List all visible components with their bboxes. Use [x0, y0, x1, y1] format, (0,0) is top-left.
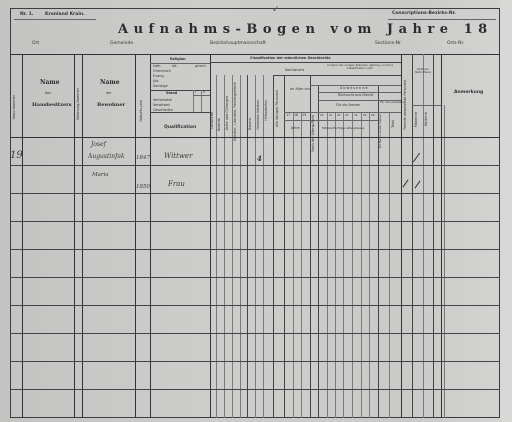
house-number-entry: 19	[10, 150, 23, 161]
col-line	[293, 112, 294, 418]
col-house-number: Haus-Nummer	[13, 95, 16, 120]
reserve-line	[273, 75, 401, 76]
col-line	[423, 54, 424, 418]
field-place-label: Ort	[32, 42, 39, 47]
row-line	[10, 137, 500, 138]
class-col: Alle übrigen Personen	[276, 90, 279, 127]
class-col: Geistliche	[211, 112, 214, 129]
religion-row-a: lat.	[172, 65, 177, 68]
row-line	[10, 333, 500, 334]
service-place-label: Rücksicht aus Dienst	[338, 94, 373, 97]
col-line	[150, 54, 151, 418]
religion-row: Jüd.	[153, 80, 159, 83]
col-line	[343, 112, 344, 418]
col-line	[441, 54, 442, 418]
field-district-label: Bezirkshauptmannschaft	[210, 42, 266, 47]
col-line	[433, 54, 434, 418]
col-line	[412, 54, 413, 418]
col-animals: Zahl der Nutz-thiere	[414, 68, 432, 74]
animals-male: Männlich	[415, 112, 418, 127]
col-line	[135, 54, 136, 418]
for-army-label: Für die Armee	[336, 104, 360, 107]
birth-year-entry: 1847	[136, 155, 150, 161]
total-label: Total	[392, 120, 395, 128]
religion-row: kath.	[153, 65, 162, 68]
col-owner-name-3: Hausbesitzers	[32, 103, 72, 108]
resident-entry: Maria	[92, 172, 109, 178]
col-apartment-number: Wohnung-Nummer	[77, 88, 80, 120]
age-cols: 24	[354, 114, 358, 117]
col-line	[401, 54, 402, 418]
age-group: 17	[286, 114, 290, 117]
other-classes-label: In keine der vorigen Rubriken gehörig, u…	[322, 64, 398, 70]
for-navy-label: Für die Landwehr	[380, 101, 404, 104]
col-male-classification: Classification der männlichen Geschlecht…	[250, 57, 331, 60]
class-col: Künstler, Literaten, Rechtsgelehrte	[234, 82, 237, 141]
row-line	[10, 305, 500, 306]
header-underline-right	[388, 19, 496, 20]
col-resident-name-2: der	[106, 92, 112, 95]
class-col: Hilfsarbeiter	[265, 100, 268, 121]
row-line	[10, 249, 500, 250]
age-qualifying: Nach der Alterspflicht	[312, 115, 315, 152]
col-line	[444, 105, 445, 418]
animals-female: Weiblich	[425, 112, 428, 126]
col-remarks: Anmerkung	[454, 91, 483, 96]
age-cols: 20	[320, 114, 324, 117]
col-resident-name-1: Name	[100, 80, 120, 86]
age-label: Im Alter von	[290, 88, 311, 91]
status-row: Verwitwet	[153, 104, 170, 107]
row-line	[10, 221, 500, 222]
col-line	[301, 112, 302, 418]
col-line	[361, 112, 362, 418]
col-line	[369, 112, 370, 418]
absent-label: Abwesende	[340, 87, 369, 90]
form-title: Aufnahms-Bogen vom Jahre 18	[118, 23, 493, 36]
status-row: Geschieden	[153, 109, 173, 112]
col-line	[389, 112, 390, 418]
age-cols: 26	[371, 114, 375, 117]
col-line	[352, 112, 353, 418]
row-line	[10, 389, 500, 390]
row-line	[10, 361, 500, 362]
age-group: 19	[302, 114, 306, 117]
status-col-v: v	[203, 91, 205, 94]
resident-entry: Josef	[91, 141, 106, 148]
col-line	[318, 85, 319, 418]
years-label: Jahre	[291, 127, 300, 130]
age-cols: 21	[329, 114, 333, 117]
class-col: Gewerbe-Inhaber	[257, 100, 260, 129]
header-divider	[10, 54, 500, 55]
col-owner-name-1: Name	[40, 80, 60, 86]
form-number: Nr. 1.	[20, 13, 33, 18]
resident-entry: Augustinfak	[88, 153, 125, 160]
age-group: 18	[294, 114, 298, 117]
field-place-no-label: Orts-Nr.	[447, 42, 464, 47]
row-line	[10, 193, 500, 194]
class-mark-entry: 4	[257, 154, 262, 163]
boat-classes-label: Bei Marine zu den Classen	[380, 114, 383, 148]
col-line	[82, 54, 83, 418]
status-col-l: l	[195, 91, 196, 94]
service-years-label: Militärpflichtige Altersklasse	[322, 127, 364, 130]
conscription-district-label: Conscriptions-Bezirks-Nr.	[392, 12, 456, 17]
status-col-line	[193, 90, 194, 112]
status-sub-line	[193, 95, 210, 96]
col-line	[327, 112, 328, 418]
religion-row-b: griech.	[195, 65, 207, 68]
class-col: Beamte	[218, 118, 221, 131]
col-resident-name-3: Bewohner	[97, 103, 125, 108]
religion-row: Evang.	[153, 75, 165, 78]
age-cols: 23	[345, 114, 349, 117]
age-row-line	[284, 120, 378, 121]
religion-row: Griechisch	[153, 70, 171, 73]
qualification-entry: Frau	[168, 180, 185, 188]
field-section-no-label: Sections-Nr.	[375, 42, 402, 47]
crownland-label: Kronland Krain.	[45, 13, 85, 18]
col-foreign: Fremde anwesende Personen	[404, 80, 407, 130]
religion-row: Sonstige	[153, 85, 168, 88]
col-line	[284, 75, 285, 418]
col-reserve: Nachwuchs	[285, 69, 304, 72]
col-line	[210, 54, 211, 418]
paper-edge	[500, 0, 512, 422]
class-col: Bauern	[249, 118, 252, 130]
col-line	[263, 75, 264, 418]
field-municipality-label: Gemeinde	[110, 42, 133, 47]
header-underline-left	[14, 19, 96, 20]
age-cols: 25	[363, 114, 367, 117]
col-line	[22, 54, 23, 418]
row-line	[10, 277, 500, 278]
col-qualification: Qualification	[164, 126, 196, 131]
age-cols: 22	[337, 114, 341, 117]
row-line	[10, 165, 500, 166]
qualification-entry: Wittwer	[164, 152, 192, 160]
col-birth-year: Geburts-Jahr	[140, 100, 143, 122]
status-col-line	[201, 90, 202, 112]
status-row: Verheiratet	[153, 99, 172, 102]
col-religion: Religion	[170, 58, 186, 61]
col-owner-name-2: des	[45, 92, 51, 95]
col-line	[240, 75, 241, 418]
class-col: Ärzte und Chirurgen	[226, 96, 229, 130]
col-line	[335, 112, 336, 418]
col-line	[74, 54, 75, 418]
check-mark-icon: ✓	[272, 6, 280, 15]
col-line	[273, 75, 274, 418]
animals-line	[412, 105, 441, 106]
col-status: Stand	[166, 92, 177, 95]
birth-year-entry: 1850	[136, 184, 150, 190]
